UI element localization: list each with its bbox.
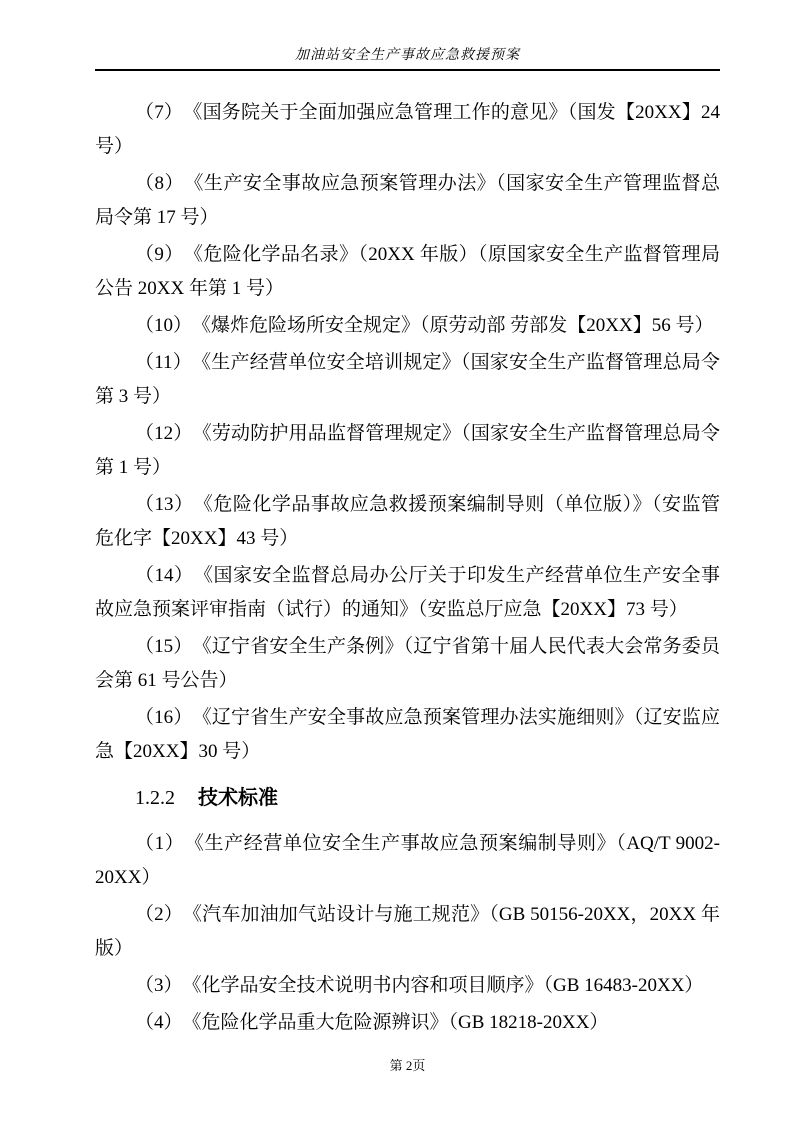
standard-item-1: （1） 《生产经营单位安全生产事故应急预案编制导则》（AQ/T 9002-20X…	[95, 827, 720, 895]
reference-item-13: （13） 《危险化学品事故应急救援预案编制导则（单位版）》（安监管危化字【20X…	[95, 488, 720, 556]
document-page: 加油站安全生产事故应急救援预案 （7） 《国务院关于全面加强应急管理工作的意见》…	[0, 0, 793, 1122]
page-header: 加油站安全生产事故应急救援预案	[95, 44, 720, 71]
document-body: （7） 《国务院关于全面加强应急管理工作的意见》（国发【20XX】24 号） （…	[95, 96, 720, 1043]
standard-item-2: （2） 《汽车加油加气站设计与施工规范》（GB 50156-20XX，20XX …	[95, 898, 720, 966]
reference-item-12: （12） 《劳动防护用品监督管理规定》（国家安全生产监督管理总局令第 1 号）	[95, 417, 720, 485]
reference-item-15: （15） 《辽宁省安全生产条例》（辽宁省第十届人民代表大会常务委员会第 61 号…	[95, 630, 720, 698]
reference-item-14: （14） 《国家安全监督总局办公厅关于印发生产经营单位生产安全事故应急预案评审指…	[95, 559, 720, 627]
reference-item-9: （9） 《危险化学品名录》（20XX 年版）（原国家安全生产监督管理局公告 20…	[95, 238, 720, 306]
reference-item-10: （10） 《爆炸危险场所安全规定》（原劳动部 劳部发【20XX】56 号）	[95, 309, 720, 343]
reference-item-7: （7） 《国务院关于全面加强应急管理工作的意见》（国发【20XX】24 号）	[95, 96, 720, 164]
header-title: 加油站安全生产事故应急救援预案	[295, 48, 520, 63]
page-number-label: 第 2页	[390, 1058, 426, 1073]
standard-item-4: （4） 《危险化学品重大危险源辨识》（GB 18218-20XX）	[95, 1006, 720, 1040]
section-title: 技术标准	[198, 787, 278, 809]
reference-item-8: （8） 《生产安全事故应急预案管理办法》（国家安全生产管理监督总局令第 17 号…	[95, 167, 720, 235]
standard-item-3: （3） 《化学品安全技术说明书内容和项目顺序》（GB 16483-20XX）	[95, 969, 720, 1003]
page-footer: 第 2页	[95, 1055, 720, 1074]
reference-item-11: （11） 《生产经营单位安全培训规定》（国家安全生产监督管理总局令第 3 号）	[95, 346, 720, 414]
section-heading: 1.2.2 技术标准	[135, 781, 720, 815]
reference-item-16: （16） 《辽宁省生产安全事故应急预案管理办法实施细则》（辽安监应急【20XX】…	[95, 701, 720, 769]
section-number: 1.2.2	[135, 787, 175, 809]
